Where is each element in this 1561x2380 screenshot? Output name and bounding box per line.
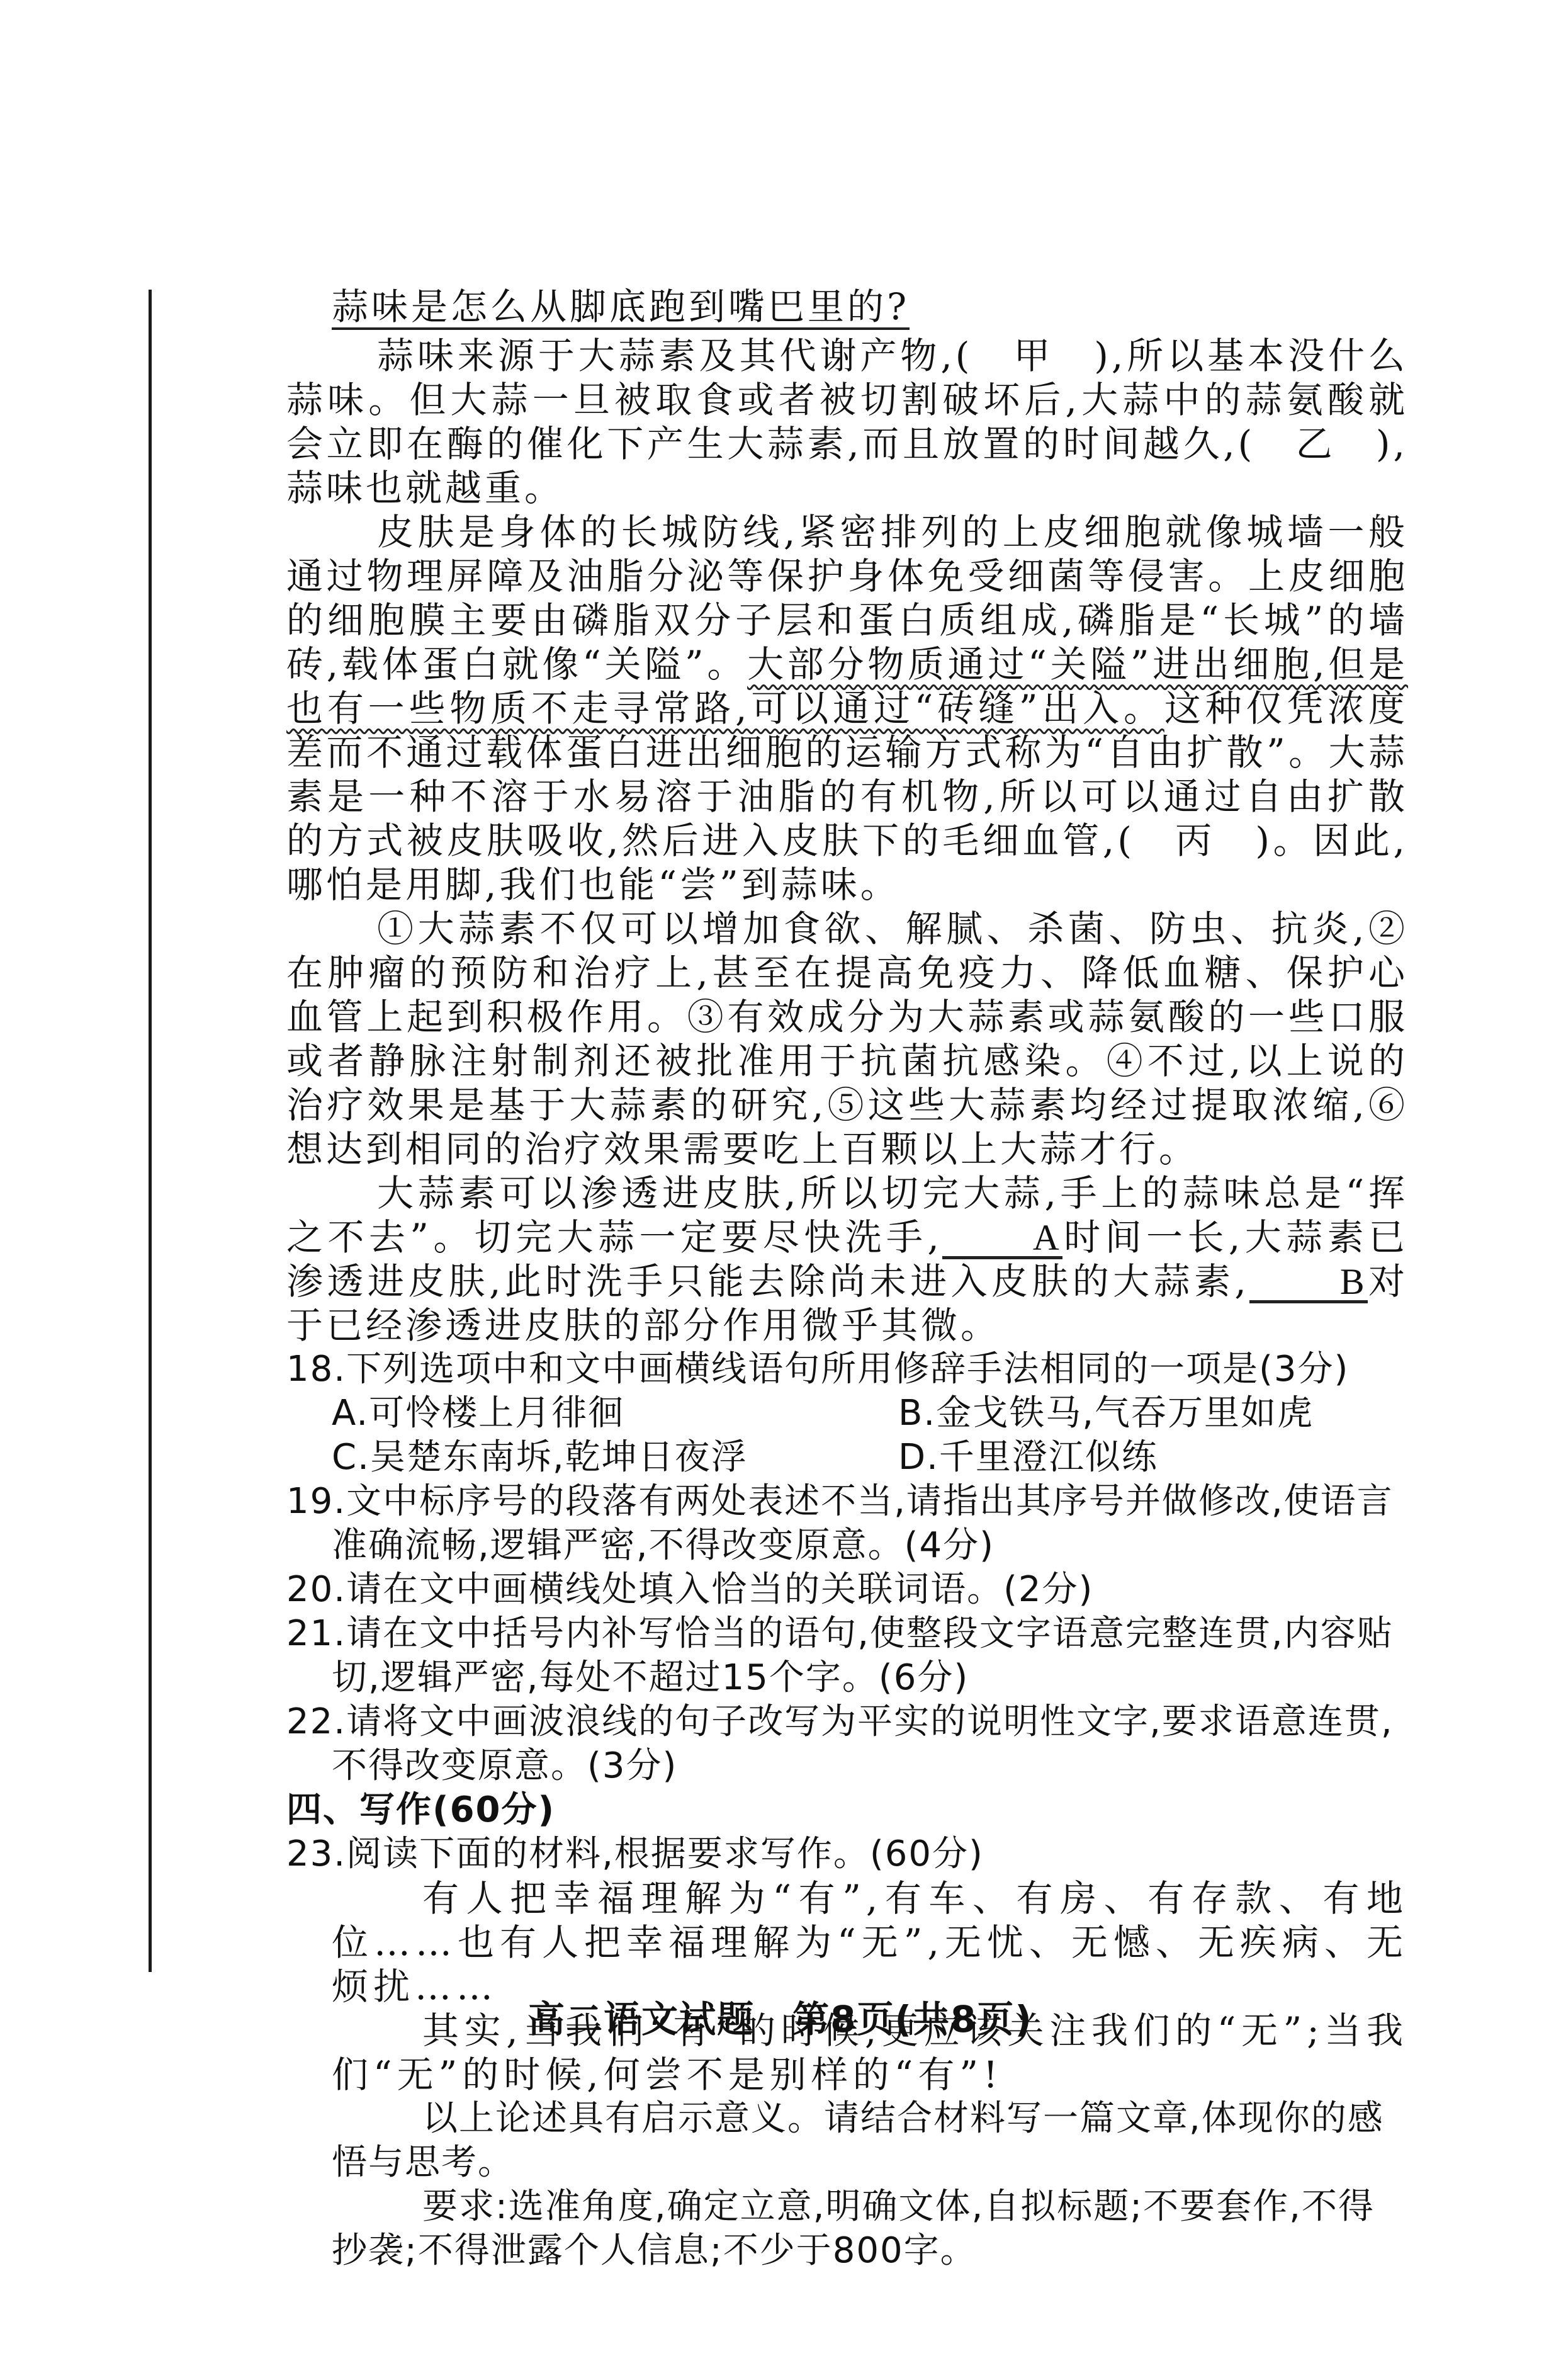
- option-text: 吴楚东南坼,乾坤日夜浮: [370, 1437, 748, 1478]
- question-text: 请将文中画波浪线的句子改写为平实的说明性文字,要求语意连贯,不得改变原意。(3分…: [332, 1701, 1394, 1786]
- question-number: 21.: [286, 1613, 346, 1654]
- option-label: C.: [332, 1437, 370, 1478]
- page-footer: 高二语文试题第8页(共8页): [0, 1990, 1561, 2043]
- passage-paragraph-4: 大蒜素可以渗透进皮肤,所以切完大蒜,手上的蒜味总是“挥之不去”。切完大蒜一定要尽…: [286, 1171, 1408, 1347]
- question-number: 20.: [286, 1569, 346, 1610]
- option-label: D.: [898, 1437, 939, 1478]
- question-text: 请在文中画横线处填入恰当的关联词语。(2分): [346, 1569, 1093, 1610]
- question-number: 18.: [286, 1349, 346, 1390]
- option-label: B.: [898, 1393, 936, 1434]
- instruction-prompt: 以上论述具有启示意义。请结合材料写一篇文章,体现你的感悟与思考。: [332, 2097, 1408, 2185]
- question-23: 23.阅读下面的材料,根据要求写作。(60分): [286, 1832, 1408, 1876]
- reading-passage: 蒜味是怎么从脚底跑到嘴巴里的? 蒜味来源于大蒜素及其代谢产物,( 甲 ),所以基…: [286, 285, 1408, 1347]
- passage-paragraph-2: 皮肤是身体的长城防线,紧密排列的上皮细胞就像城墙一般通过物理屏障及油脂分泌等保护…: [286, 510, 1408, 907]
- option-text: 千里澄江似练: [939, 1437, 1158, 1478]
- question-18: 18.下列选项中和文中画横线语句所用修辞手法相同的一项是(3分): [286, 1347, 1408, 1391]
- writing-instructions: 以上论述具有启示意义。请结合材料写一篇文章,体现你的感悟与思考。 要求:选准角度…: [286, 2097, 1408, 2273]
- writing-material: 有人把幸福理解为“有”,有车、有房、有存款、有地位……也有人把幸福理解为“无”,…: [286, 1876, 1408, 2097]
- question-text: 阅读下面的材料,根据要求写作。(60分): [346, 1833, 984, 1874]
- binding-margin-line: [149, 290, 152, 1972]
- question-20: 20.请在文中画横线处填入恰当的关联词语。(2分): [286, 1568, 1408, 1612]
- option-c: C.吴楚东南坼,乾坤日夜浮: [332, 1436, 898, 1480]
- question-22: 22.请将文中画波浪线的句子改写为平实的说明性文字,要求语意连贯,不得改变原意。…: [286, 1700, 1408, 1788]
- footer-page-number: 第8页(共8页): [792, 1998, 1033, 2041]
- option-text: 金戈铁马,气吞万里如虎: [936, 1393, 1314, 1434]
- fill-blank-b: B: [1249, 1264, 1368, 1303]
- question-21: 21.请在文中括号内补写恰当的语句,使整段文字语意完整连贯,内容贴切,逻辑严密,…: [286, 1612, 1408, 1700]
- question-text: 下列选项中和文中画横线语句所用修辞手法相同的一项是(3分): [346, 1349, 1349, 1390]
- question-number: 19.: [286, 1481, 346, 1522]
- option-label: A.: [332, 1393, 369, 1434]
- passage-paragraph-3-numbered: ①大蒜素不仅可以增加食欲、解腻、杀菌、防虫、抗炎,②在肿瘤的预防和治疗上,甚至在…: [286, 907, 1408, 1171]
- option-a: A.可怜楼上月徘徊: [332, 1391, 898, 1436]
- question-18-options: A.可怜楼上月徘徊 B.金戈铁马,气吞万里如虎 C.吴楚东南坼,乾坤日夜浮 D.…: [286, 1391, 1408, 1480]
- material-paragraph-1: 有人把幸福理解为“有”,有车、有房、有存款、有地位……也有人把幸福理解为“无”,…: [332, 1876, 1408, 2009]
- paragraph-text: 蒜味来源于大蒜素及其代谢产物,( 甲 ),所以基本没什么蒜味。但大蒜一旦被取食或…: [286, 334, 1408, 509]
- question-text: 请在文中括号内补写恰当的语句,使整段文字语意完整连贯,内容贴切,逻辑严密,每处不…: [332, 1613, 1394, 1698]
- questions-section: 18.下列选项中和文中画横线语句所用修辞手法相同的一项是(3分) A.可怜楼上月…: [286, 1347, 1408, 1876]
- passage-title: 蒜味是怎么从脚底跑到嘴巴里的?: [332, 287, 910, 330]
- question-number: 22.: [286, 1701, 346, 1742]
- question-text: 文中标序号的段落有两处表述不当,请指出其序号并做修改,使语言准确流畅,逻辑严密,…: [332, 1481, 1394, 1566]
- question-19: 19.文中标序号的段落有两处表述不当,请指出其序号并做修改,使语言准确流畅,逻辑…: [286, 1480, 1408, 1568]
- paragraph-text: ①大蒜素不仅可以增加食欲、解腻、杀菌、防虫、抗炎,②在肿瘤的预防和治疗上,甚至在…: [286, 907, 1408, 1170]
- question-number: 23.: [286, 1833, 346, 1874]
- exam-page: 蒜味是怎么从脚底跑到嘴巴里的? 蒜味来源于大蒜素及其代谢产物,( 甲 ),所以基…: [286, 285, 1408, 2273]
- option-b: B.金戈铁马,气吞万里如虎: [898, 1391, 1408, 1436]
- instruction-requirements: 要求:选准角度,确定立意,明确文体,自拟标题;不要套作,不得抄袭;不得泄露个人信…: [332, 2185, 1408, 2273]
- option-d: D.千里澄江似练: [898, 1436, 1408, 1480]
- footer-subject: 高二语文试题: [528, 1998, 755, 2041]
- section-heading-writing: 四、写作(60分): [286, 1788, 1408, 1832]
- option-text: 可怜楼上月徘徊: [369, 1393, 624, 1434]
- fill-blank-a: A: [942, 1220, 1062, 1259]
- passage-paragraph-1: 蒜味来源于大蒜素及其代谢产物,( 甲 ),所以基本没什么蒜味。但大蒜一旦被取食或…: [286, 334, 1408, 510]
